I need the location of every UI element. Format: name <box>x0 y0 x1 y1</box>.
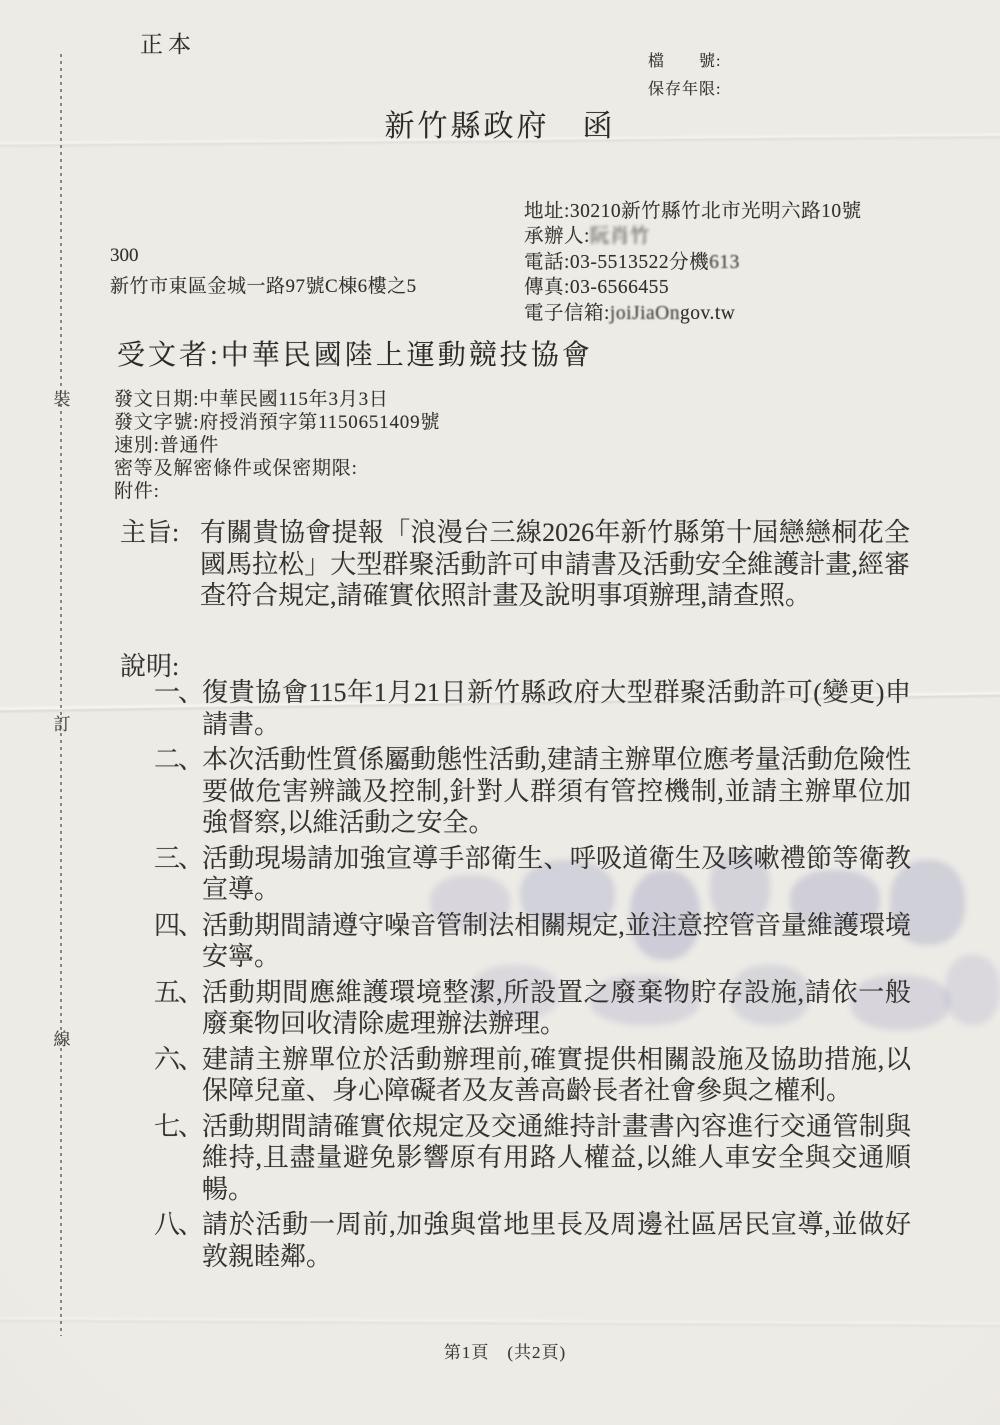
document-meta-block: 發文日期:中華民國115年3月3日 發文字號:府授消預字第1150651409號… <box>114 388 440 503</box>
retention-period-label: 保存年限: <box>648 76 721 99</box>
recipient-address: 新竹市東區金城一路97號C棟6樓之5 <box>110 271 417 298</box>
document-title: 新竹縣政府 函 <box>0 101 1000 145</box>
email-redacted: joiJiaOn <box>610 303 680 324</box>
explanation-item: 七、活動期間請確實依規定及交通維持計畫書內容進行交通管制與維持,且盡量避免影響原… <box>154 1111 911 1206</box>
contact-person-redacted: 阮肖竹 <box>590 226 650 247</box>
copy-type-label: 正本 <box>140 26 196 59</box>
issue-number: 發文字號:府授消預字第1150651409號 <box>114 411 440 434</box>
file-number-label: 檔 號: <box>648 48 721 71</box>
page-number-footer: 第1頁 (共2頁) <box>0 1338 1000 1363</box>
addressee-line: 受文者:中華民國陸上運動競技協會 <box>117 333 593 373</box>
issue-date: 發文日期:中華民國115年3月3日 <box>114 388 440 411</box>
explanation-item: 二、本次活動性質係屬動態性活動,建請主辦單位應考量活動危險性要做危害辨識及控制,… <box>154 744 911 839</box>
sender-email: 電子信箱:joiJiaOngov.tw <box>524 301 862 326</box>
attachments: 附件: <box>114 480 440 503</box>
scanned-letter-page: 裝 訂 線 正本 檔 號: 保存年限: 新竹縣政府 函 地址:30210新竹縣竹… <box>0 0 1000 1425</box>
security-class: 密等及解密條件或保密期限: <box>114 457 440 480</box>
paper-crease <box>0 1315 1000 1329</box>
explanation-list: 一、復貴協會115年1月21日新竹縣政府大型群聚活動許可(變更)申請書。 二、本… <box>154 677 911 1276</box>
subject-text: 有關貴協會提報「浪漫台三線2026年新竹縣第十屆戀戀桐花全國馬拉松」大型群聚活動… <box>200 517 910 612</box>
binding-mark-ding: 訂 <box>52 710 72 735</box>
sender-fax: 傳真:03-6566455 <box>524 275 862 300</box>
explanation-item: 四、活動期間請遵守噪音管制法相關規定,並注意控管音量維護環境安寧。 <box>154 910 911 973</box>
subject-section: 主旨: 有關貴協會提報「浪漫台三線2026年新竹縣第十屆戀戀桐花全國馬拉松」大型… <box>120 517 910 612</box>
speed-class: 速別:普通件 <box>114 434 440 457</box>
explanation-item: 三、活動現場請加強宣導手部衛生、呼吸道衛生及咳嗽禮節等衛教宣導。 <box>154 843 911 906</box>
binding-mark-zhuang: 裝 <box>52 385 72 410</box>
sender-contact-block: 地址:30210新竹縣竹北市光明六路10號 承辦人:阮肖竹 電話:03-5513… <box>524 199 862 326</box>
explanation-item: 六、建請主辦單位於活動辦理前,確實提供相關設施及協助措施,以保障兒童、身心障礙者… <box>154 1044 911 1107</box>
explanation-item: 五、活動期間應維護環境整潔,所設置之廢棄物貯存設施,請依一般廢棄物回收清除處理辦… <box>154 977 911 1040</box>
explanation-item: 八、請於活動一周前,加強與當地里長及周邊社區居民宣導,並做好敦親睦鄰。 <box>154 1209 911 1272</box>
explanation-item: 一、復貴協會115年1月21日新竹縣政府大型群聚活動許可(變更)申請書。 <box>154 677 911 740</box>
binding-dotted-line <box>60 54 62 1336</box>
recipient-postal-code: 300 <box>110 245 139 267</box>
phone-ext-redacted: 613 <box>709 252 740 273</box>
binding-mark-xian: 線 <box>52 1025 72 1050</box>
sender-phone: 電話:03-5513522分機613 <box>524 250 862 275</box>
sender-contact-person: 承辦人:阮肖竹 <box>524 224 862 249</box>
sender-address: 地址:30210新竹縣竹北市光明六路10號 <box>524 199 862 224</box>
subject-label: 主旨: <box>120 517 200 612</box>
